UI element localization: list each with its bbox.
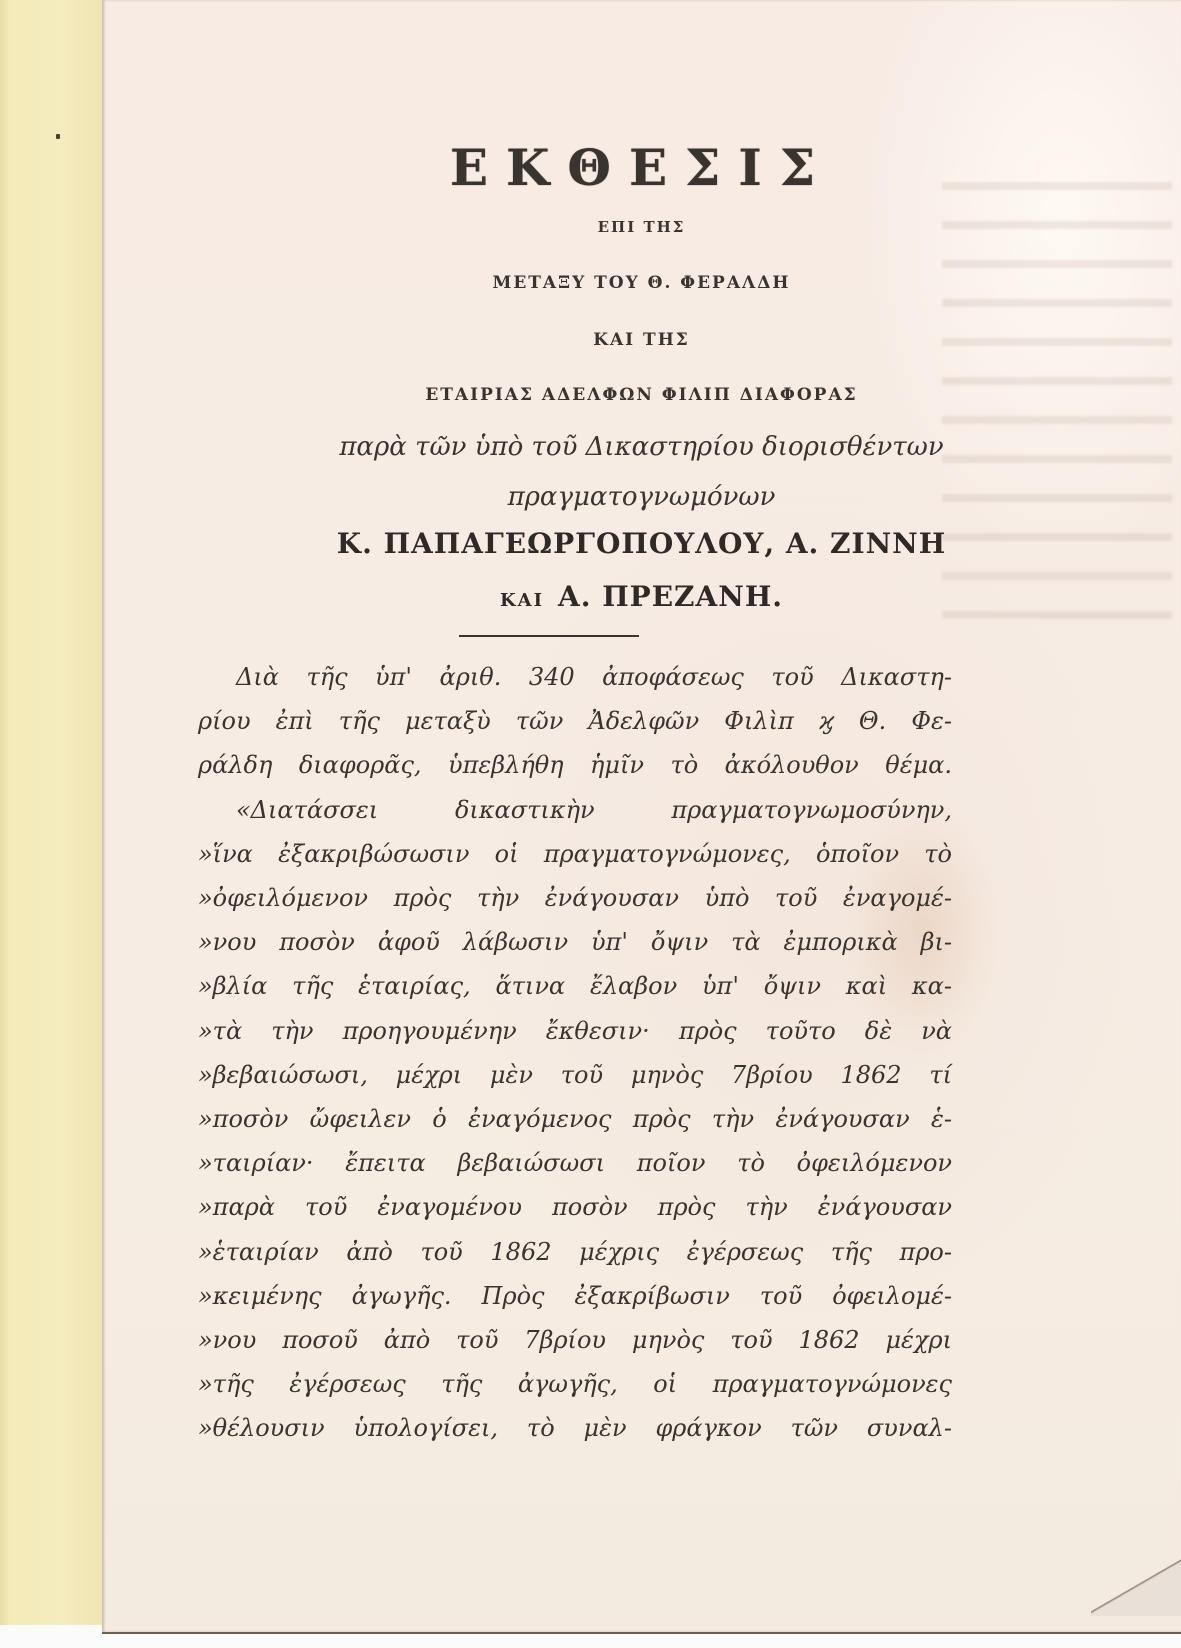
- body-line: »βεβαιώσωσι, μέχρι μὲν τοῦ μηνὸς 7βρίου …: [198, 1053, 952, 1097]
- document-title: ΕΚΘΕΣΙΣ: [102, 138, 1181, 197]
- experts-names-line-2: ΚΑΙΑ. ΠΡΕΖΑΝΗ.: [102, 580, 1181, 613]
- body-line: »νου ποσὸν ἀφοῦ λάβωσιν ὑπ' ὄψιν τὰ ἐμπο…: [198, 920, 952, 964]
- experts-prezani: Α. ΠΡΕΖΑΝΗ.: [558, 580, 783, 613]
- subtitle-epi-tis: ΕΠΙ ΤΗΣ: [102, 218, 1181, 236]
- body-line: «Διατάσσει δικαστικὴν πραγματογνωμοσύνην…: [198, 788, 952, 832]
- ink-speck: [56, 134, 60, 139]
- body-line: »ὀφειλόμενον πρὸς τὴν ἐνάγουσαν ὑπὸ τοῦ …: [198, 876, 952, 920]
- body-line: ράλδη διαφορᾶς, ὑπεβλήθη ἡμῖν τὸ ἀκόλουθ…: [198, 743, 952, 787]
- body-line: »ταιρίαν· ἔπειτα βεβαιώσωσι ποῖον τὸ ὀφε…: [198, 1141, 952, 1185]
- body-line: »θέλουσιν ὑπολογίσει, τὸ μὲν φράγκον τῶν…: [198, 1406, 952, 1450]
- subtitle-etairias: ΕΤΑΙΡΙΑΣ ΑΔΕΛΦΩΝ ΦΙΛΙΠ ΔΙΑΦΟΡΑΣ: [102, 385, 1181, 405]
- subtitle-kai-tis: ΚΑΙ ΤΗΣ: [102, 330, 1181, 350]
- subtitle-para-ton: παρὰ τῶν ὑπὸ τοῦ Δικαστηρίου διορισθέντω…: [102, 432, 1181, 462]
- subtitle-metaxy: ΜΕΤΑΞΥ ΤΟΥ Θ. ΦΕΡΑΛΔΗ: [102, 273, 1181, 293]
- yellow-backing-sheet: [0, 0, 102, 1625]
- body-line: »κειμένης ἀγωγῆς. Πρὸς ἐξακρίβωσιν τοῦ ὀ…: [198, 1274, 952, 1318]
- body-line: »βλία τῆς ἑταιρίας, ἅτινα ἔλαβον ὑπ' ὄψι…: [198, 964, 952, 1008]
- body-line: »ἑταιρίαν ἀπὸ τοῦ 1862 μέχρις ἐγέρσεως τ…: [198, 1230, 952, 1274]
- body-line: »τὰ τὴν προηγουμένην ἔκθεσιν· πρὸς τοῦτο…: [198, 1009, 952, 1053]
- folded-corner: [1091, 1556, 1181, 1616]
- body-line: »νου ποσοῦ ἀπὸ τοῦ 7βρίου μηνὸς τοῦ 1862…: [198, 1318, 952, 1362]
- body-line: Διὰ τῆς ὑπ' ἀριθ. 340 ἀποφάσεως τοῦ Δικα…: [198, 655, 952, 699]
- body-line: ρίου ἐπὶ τῆς μεταξὺ τῶν Ἀδελφῶν Φιλὶπ ϗ …: [198, 699, 952, 743]
- body-line: »παρὰ τοῦ ἐναγομένου ποσὸν πρὸς τὴν ἐνάγ…: [198, 1185, 952, 1229]
- body-line: »ἵνα ἐξακριβώσωσιν οἱ πραγματογνώμονες, …: [198, 832, 952, 876]
- body-paragraph: Διὰ τῆς ὑπ' ἀριθ. 340 ἀποφάσεως τοῦ Δικα…: [198, 655, 952, 1451]
- experts-names-line-1: Κ. ΠΑΠΑΓΕΩΡΓΟΠΟΥΛΟΥ, Α. ΖΙΝΝΗ: [102, 527, 1181, 560]
- experts-kai: ΚΑΙ: [500, 590, 544, 611]
- separator-rule: [459, 635, 639, 637]
- subtitle-pragmatognomonon: πραγματογνωμόνων: [102, 482, 1181, 512]
- body-line: »τῆς ἐγέρσεως τῆς ἀγωγῆς, οἱ πραγματογνώ…: [198, 1362, 952, 1406]
- body-line: »ποσὸν ὤφειλεν ὁ ἐναγόμενος πρὸς τὴν ἐνά…: [198, 1097, 952, 1141]
